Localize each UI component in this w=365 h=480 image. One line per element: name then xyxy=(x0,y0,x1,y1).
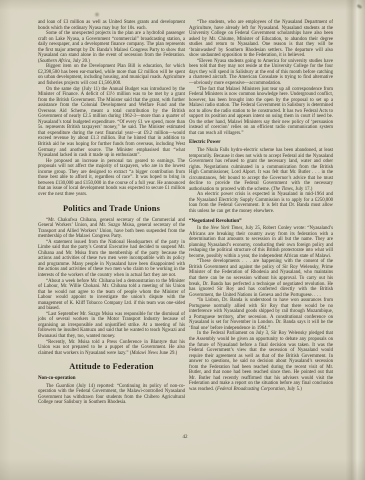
paragraph: “Eleven Nyasa students going to America … xyxy=(189,59,333,87)
sub-heading: “Negotiated Revolution” xyxy=(189,219,333,225)
paragraph: In the Federal Parliament on July 3, Sir… xyxy=(189,331,333,392)
paragraph: “These developments . . . are happening … xyxy=(189,259,333,298)
paragraph: An electric power crisis is expected in … xyxy=(189,192,333,214)
paragraph: The Guardian (July 14) reported: “Contin… xyxy=(38,384,185,406)
paragraph: “Last September Mr. Suzgo Msisa was resp… xyxy=(38,312,185,340)
paragraph: The Nkula Falls hydro-electric scheme ha… xyxy=(189,148,333,192)
scan-smudge xyxy=(94,12,100,17)
paragraph: and loan of £3 million as well as United… xyxy=(38,20,185,31)
scan-speck xyxy=(357,4,363,9)
document-page: and loan of £3 million as well as United… xyxy=(0,0,365,480)
section-heading: Attitude to Federation xyxy=(38,362,185,372)
sub-heading: Non-co-operation xyxy=(38,376,185,382)
paragraph: “The students, who are employees of the … xyxy=(189,20,333,59)
paragraph: On the same day (July 11) the Annual Bud… xyxy=(38,87,185,159)
sub-heading: Electric Power xyxy=(189,140,333,146)
paragraph: “The fact that Malawi Ministers just tea… xyxy=(189,87,333,137)
paragraph: “In Lisbon, Dr. Banda is understood to h… xyxy=(189,298,333,331)
paragraph: In the New York Times, July 25, Robert C… xyxy=(189,226,333,259)
page-number: 42 xyxy=(176,435,194,440)
paragraph: “Recently, Mr. Msisa told a Press Confer… xyxy=(38,340,185,357)
left-column: and loan of £3 million as well as United… xyxy=(38,20,185,406)
paragraph: Biggest item on the Development Plan Bil… xyxy=(38,64,185,86)
paragraph: “Mr. Chakufwa Chihana, general secretary… xyxy=(38,218,185,240)
section-heading: Politics and Trade Unions xyxy=(38,204,185,214)
paragraph: “About a week before Mr. Chihana led a d… xyxy=(38,279,185,312)
paragraph: “A statement issued from the National He… xyxy=(38,240,185,279)
paragraph: Some of the unexpected projects in the p… xyxy=(38,31,185,64)
paragraph: He proposed an increase in personal tax … xyxy=(38,159,185,198)
right-column: “The students, who are employees of the … xyxy=(189,20,333,392)
